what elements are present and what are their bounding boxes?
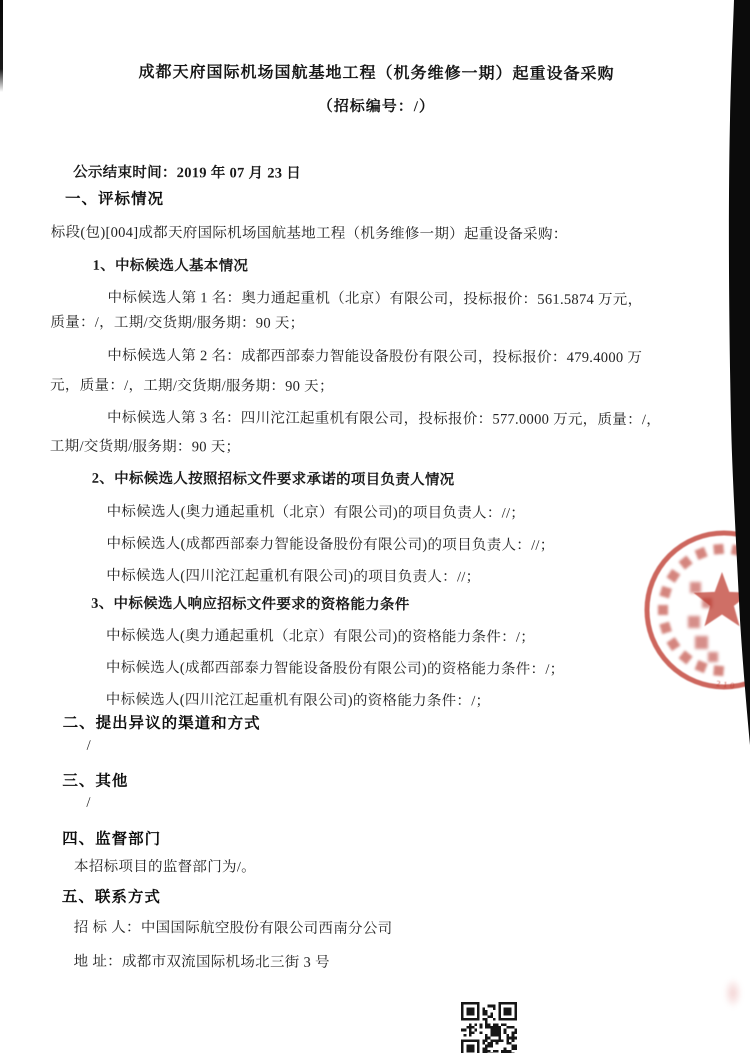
doc-line: 中标候选人(四川沱江起重机有限公司)的项目负责人：//； bbox=[106, 564, 480, 587]
doc-line: 本招标项目的监督部门为/。 bbox=[74, 855, 256, 877]
doc-line: 中标候选人(成都西部泰力智能设备股份有限公司)的项目负责人：//； bbox=[106, 532, 554, 555]
doc-line: 标段(包)[004]成都天府国际机场国航基地工程（机务维修一期）起重设备采购： bbox=[51, 221, 568, 244]
doc-line: 工期/交货期/服务期：90 天； bbox=[50, 435, 241, 457]
doc-line: 中标候选人(四川沱江起重机有限公司)的资格能力条件：/； bbox=[106, 688, 491, 711]
doc-line: 中标候选人第 1 名：奥力通起重机（北京）有限公司，投标报价：561.5874 … bbox=[107, 286, 642, 309]
doc-line: / bbox=[86, 795, 90, 812]
doc-line: 一、评标情况 bbox=[65, 187, 164, 209]
doc-line: 地 址：成都市双流国际机场北三街 3 号 bbox=[74, 950, 330, 972]
document-title: 成都天府国际机场国航基地工程（机务维修一期）起重设备采购 bbox=[1, 58, 750, 84]
doc-line: 二、提出异议的渠道和方式 bbox=[63, 711, 261, 734]
doc-line: 1、中标候选人基本情况 bbox=[93, 254, 249, 276]
doc-line: 中标候选人第 2 名：成都西部泰力智能设备股份有限公司，投标报价：479.400… bbox=[107, 344, 642, 367]
doc-line: 3、中标候选人响应招标文件要求的资格能力条件 bbox=[91, 592, 409, 614]
doc-line: 元，质量：/，工期/交货期/服务期：90 天； bbox=[50, 374, 334, 396]
doc-line: 三、其他 bbox=[62, 769, 128, 791]
doc-line: / bbox=[87, 738, 91, 755]
document-subtitle: （招标编号：/） bbox=[1, 93, 750, 117]
doc-line: 2、中标候选人按照招标文件要求承诺的项目负责人情况 bbox=[92, 467, 455, 490]
doc-line: 五、联系方式 bbox=[62, 885, 161, 907]
document-page: 成都天府国际机场国航基地工程（机务维修一期）起重设备采购 （招标编号：/） 公示… bbox=[0, 0, 750, 1053]
doc-line: 中标候选人第 3 名：四川沱江起重机有限公司，投标报价：577.0000 万元，… bbox=[107, 406, 661, 429]
doc-line: 中标候选人(奥力通起重机（北京）有限公司)的资格能力条件：/； bbox=[106, 624, 535, 647]
qr-code bbox=[461, 1002, 517, 1053]
document-body: 公示结束时间：2019 年 07 月 23 日一、评标情况标段(包)[004]成… bbox=[2, 0, 750, 2]
ink-smudge bbox=[724, 978, 742, 1008]
doc-line: 招 标 人：中国国际航空股份有限公司西南分公司 bbox=[74, 916, 393, 938]
doc-line: 质量：/，工期/交货期/服务期：90 天； bbox=[50, 311, 304, 333]
doc-line: 公示结束时间：2019 年 07 月 23 日 bbox=[73, 161, 301, 183]
doc-line: 中标候选人(奥力通起重机（北京）有限公司)的项目负责人：//； bbox=[107, 500, 526, 523]
document-content: 成都天府国际机场国航基地工程（机务维修一期）起重设备采购 （招标编号：/） 公示… bbox=[0, 0, 750, 1053]
doc-line: 四、监督部门 bbox=[62, 827, 161, 849]
doc-line: 中标候选人(成都西部泰力智能设备股份有限公司)的资格能力条件：/； bbox=[106, 656, 565, 679]
page-edge-shadow bbox=[724, 0, 750, 760]
scan-artifact-line bbox=[0, 0, 3, 92]
